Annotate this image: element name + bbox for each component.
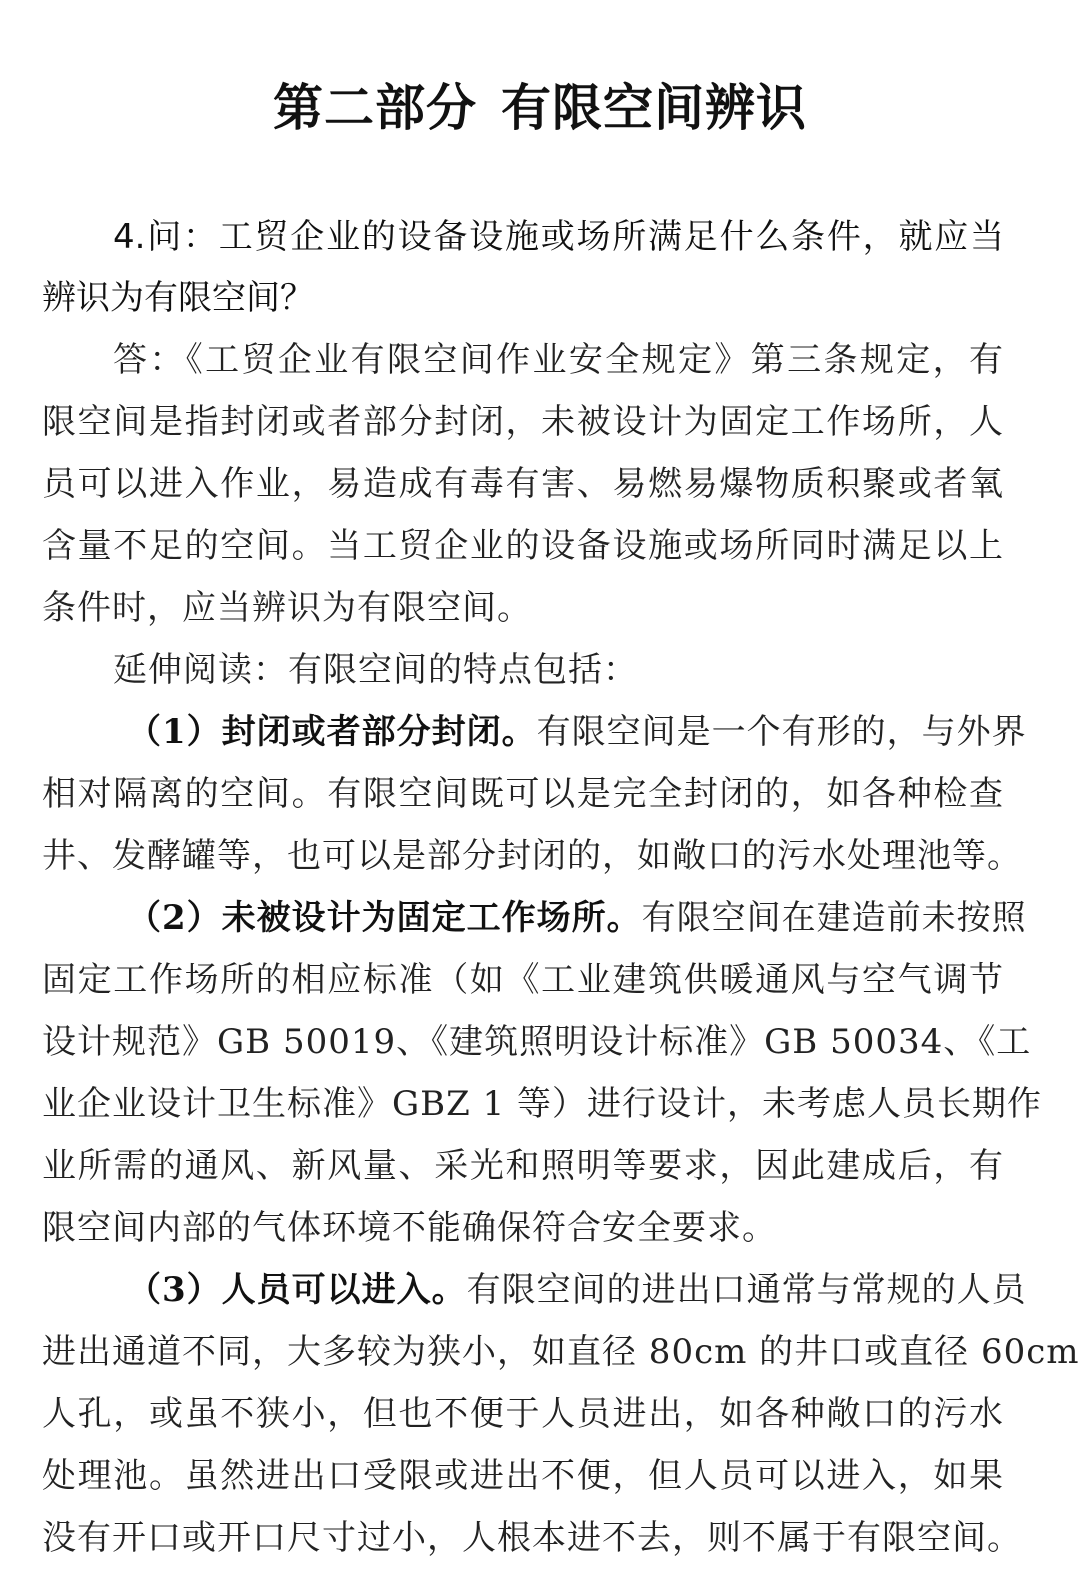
answer-line-4: 含量不足的空间。当工贸企业的设备设施或场所同时满足以上 bbox=[42, 515, 1004, 577]
point-1-heading: （1）封闭或者部分封闭。 bbox=[127, 712, 537, 752]
answer-line-1: 答：《工贸企业有限空间作业安全规定》第三条规定，有 bbox=[113, 329, 1004, 391]
point-1-line-2: 相对隔离的空间。有限空间既可以是完全封闭的，如各种检查 bbox=[42, 763, 1004, 825]
document-page: 第二部分有限空间辨识 4.问：工贸企业的设备设施或场所满足什么条件，就应当 辨识… bbox=[0, 0, 1080, 1584]
point-2-heading: （2）未被设计为固定工作场所。 bbox=[127, 898, 642, 938]
point-2-line-4: 业企业设计卫生标准》GBZ 1 等）进行设计，未考虑人员长期作 bbox=[42, 1073, 1004, 1135]
point-2-line-6: 限空间内部的气体环境不能确保符合安全要求。 bbox=[42, 1197, 1004, 1259]
point-3-first-line: （3）人员可以进入。有限空间的进出口通常与常规的人员 bbox=[127, 1259, 1004, 1321]
answer-line-2: 限空间是指封闭或者部分封闭，未被设计为固定工作场所，人 bbox=[42, 391, 1004, 453]
point-3-text: 有限空间的进出口通常与常规的人员 bbox=[467, 1270, 1027, 1310]
question-line-1: 4.问：工贸企业的设备设施或场所满足什么条件，就应当 bbox=[113, 206, 1004, 268]
extended-reading-intro: 延伸阅读：有限空间的特点包括： bbox=[113, 639, 1004, 701]
answer-line-3: 员可以进入作业，易造成有毒有害、易燃易爆物质积聚或者氧 bbox=[42, 453, 1004, 515]
question-line-2: 辨识为有限空间？ bbox=[42, 267, 1004, 329]
point-1-text: 有限空间是一个有形的，与外界 bbox=[537, 712, 1027, 752]
point-1-first-line: （1）封闭或者部分封闭。有限空间是一个有形的，与外界 bbox=[127, 701, 1004, 763]
point-2-text: 有限空间在建造前未按照 bbox=[642, 898, 1027, 938]
section-title: 第二部分有限空间辨识 bbox=[0, 78, 1080, 138]
point-3-line-3: 人孔，或虽不狭小，但也不便于人员进出，如各种敞口的污水 bbox=[42, 1383, 1004, 1445]
answer-line-5: 条件时，应当辨识为有限空间。 bbox=[42, 577, 1004, 639]
point-2-line-2: 固定工作场所的相应标准（如《工业建筑供暖通风与空气调节 bbox=[42, 949, 1004, 1011]
point-2-line-3: 设计规范》GB 50019、《建筑照明设计标准》GB 50034、《工 bbox=[42, 1011, 1004, 1073]
point-1-line-3: 井、发酵罐等，也可以是部分封闭的，如敞口的污水处理池等。 bbox=[42, 825, 1004, 887]
point-3-line-5: 没有开口或开口尺寸过小，人根本进不去，则不属于有限空间。 bbox=[42, 1507, 1004, 1569]
point-3-heading: （3）人员可以进入。 bbox=[127, 1270, 467, 1310]
section-title-text: 有限空间辨识 bbox=[501, 78, 807, 137]
section-part-label: 第二部分 bbox=[273, 78, 477, 137]
point-2-line-5: 业所需的通风、新风量、采光和照明等要求，因此建成后，有 bbox=[42, 1135, 1004, 1197]
point-3-line-2: 进出通道不同，大多较为狭小，如直径 80cm 的井口或直径 60cm bbox=[42, 1321, 1004, 1383]
point-2-first-line: （2）未被设计为固定工作场所。有限空间在建造前未按照 bbox=[127, 887, 1004, 949]
point-3-line-4: 处理池。虽然进出口受限或进出不便，但人员可以进入，如果 bbox=[42, 1445, 1004, 1507]
